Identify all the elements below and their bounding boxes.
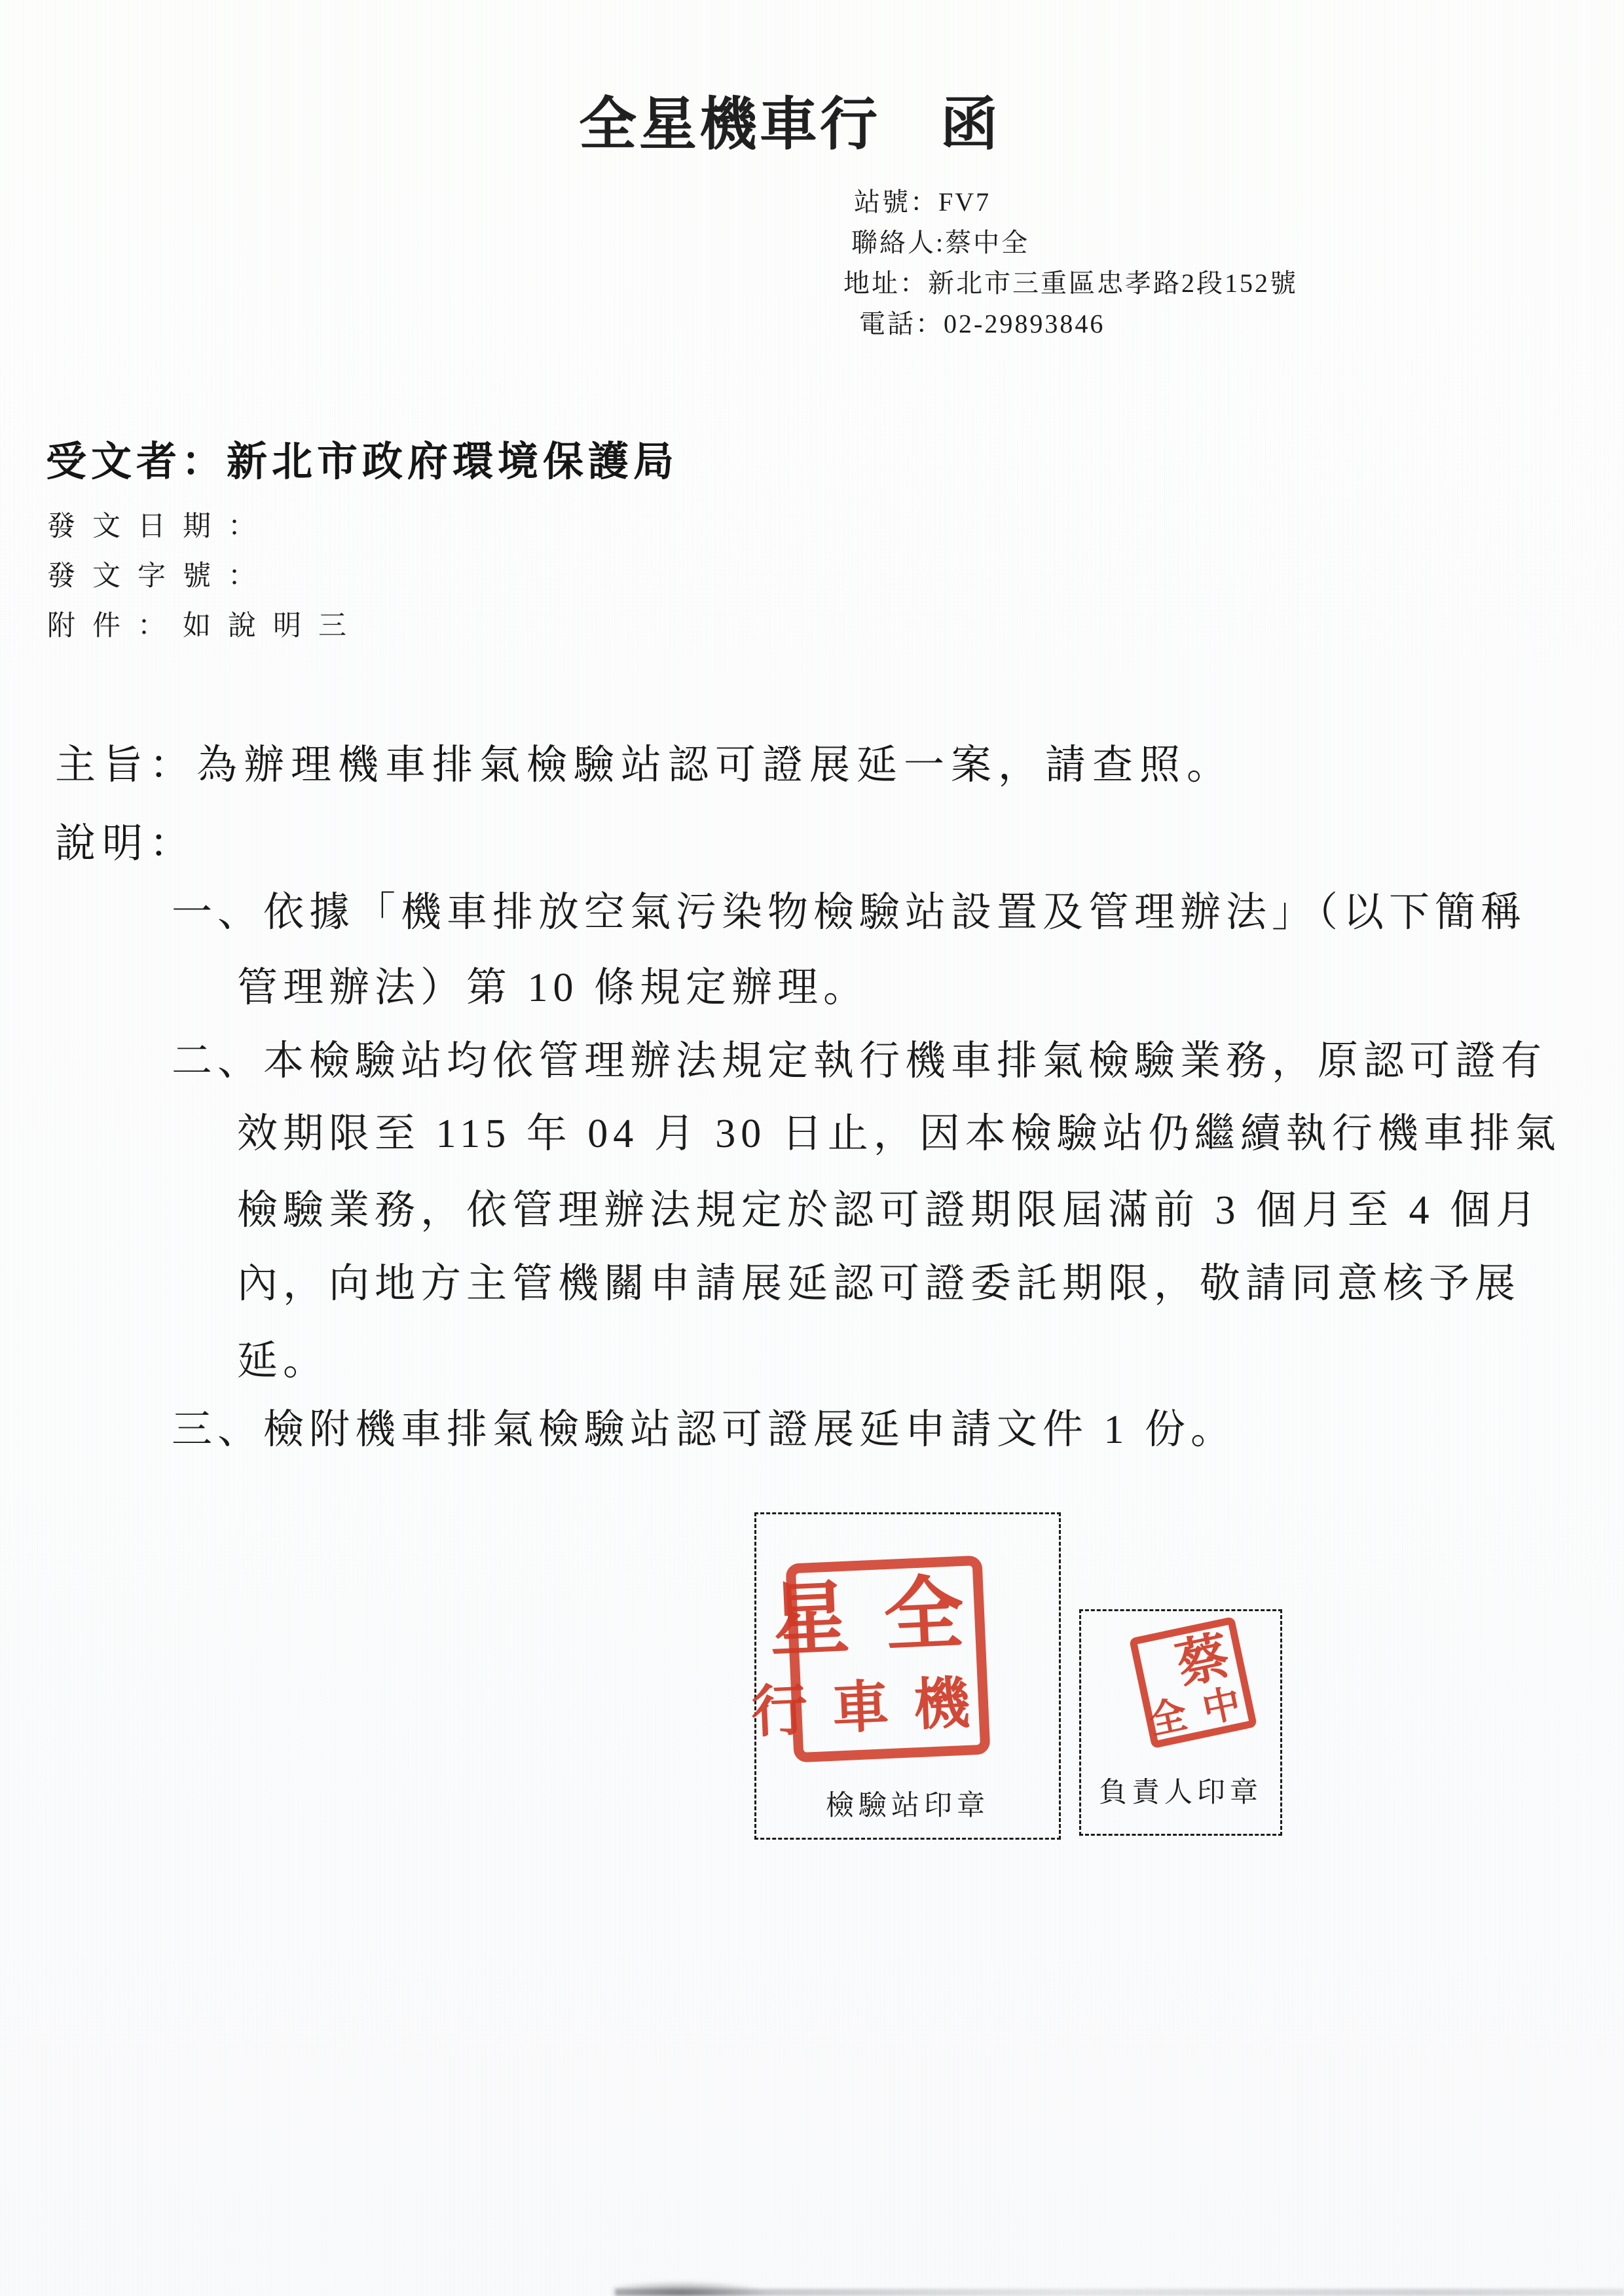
scan-edge-artifact <box>616 2289 1624 2296</box>
contact-person-line: 聯絡人:蔡中全 <box>843 223 1298 263</box>
explanation-item-2-line-5: 延。 <box>237 1328 329 1386</box>
explanation-item-3-line-1: 三、檢附機車排氣檢驗站認可證展延申請文件 1 份。 <box>172 1396 1236 1455</box>
sender-contact-block: 站號：FV7 聯絡人:蔡中全 地址：新北市三重區忠孝路2段152號 電話：02-… <box>843 182 1298 344</box>
station-seal-column-right: 全星 <box>796 1565 976 1661</box>
station-seal-column-left: 機車行 <box>800 1653 980 1753</box>
scan-smudge-artifact <box>612 2281 766 2296</box>
letter-title: 全星機車行 函 <box>579 79 1001 161</box>
recipient-line: 受文者：新北市政府環境保護局 <box>46 429 678 487</box>
station-seal-stamp: 全星 機車行 <box>786 1556 991 1763</box>
issue-date-line: 發文日期： <box>47 504 273 544</box>
explanation-item-1-line-1: 一、依據「機車排放空氣污染物檢驗站設置及管理辦法」（以下簡稱 <box>172 879 1526 938</box>
attachment-line: 附件：如說明三 <box>47 604 363 644</box>
owner-stamp-label: 負責人印章 <box>1081 1770 1280 1810</box>
owner-seal-text: 蔡 中全 <box>1137 1625 1249 1740</box>
address-line: 地址：新北市三重區忠孝路2段152號 <box>843 263 1298 304</box>
explanation-item-1-line-2: 管理辦法）第 10 條規定辦理。 <box>237 955 869 1013</box>
station-stamp-label: 檢驗站印章 <box>756 1783 1059 1823</box>
doc-number-line: 發文字號： <box>47 554 273 594</box>
station-seal-text: 全星 機車行 <box>796 1565 980 1753</box>
owner-seal-stamp: 蔡 中全 <box>1129 1616 1257 1749</box>
scanned-letter-page: 全星機車行 函 站號：FV7 聯絡人:蔡中全 地址：新北市三重區忠孝路2段152… <box>0 0 1624 2296</box>
station-number-line: 站號：FV7 <box>843 182 1298 223</box>
explanation-label: 說明： <box>55 811 196 869</box>
subject-line: 主旨：為辦理機車排氣檢驗站認可證展延一案，請查照。 <box>55 732 1234 790</box>
phone-line: 電話：02-29893846 <box>843 304 1298 344</box>
explanation-item-2-line-2: 效期限至 115 年 04 月 30 日止，因本檢驗站仍繼續執行機車排氣 <box>237 1101 1561 1159</box>
explanation-item-2-line-3: 檢驗業務，依管理辦法規定於認可證期限屆滿前 3 個月至 4 個月 <box>237 1177 1541 1235</box>
explanation-item-2-line-1: 二、本檢驗站均依管理辦法規定執行機車排氣檢驗業務，原認可證有 <box>172 1028 1547 1086</box>
explanation-item-2-line-4: 內，向地方主管機關申請展延認可證委託期限，敬請同意核予展 <box>237 1250 1521 1309</box>
